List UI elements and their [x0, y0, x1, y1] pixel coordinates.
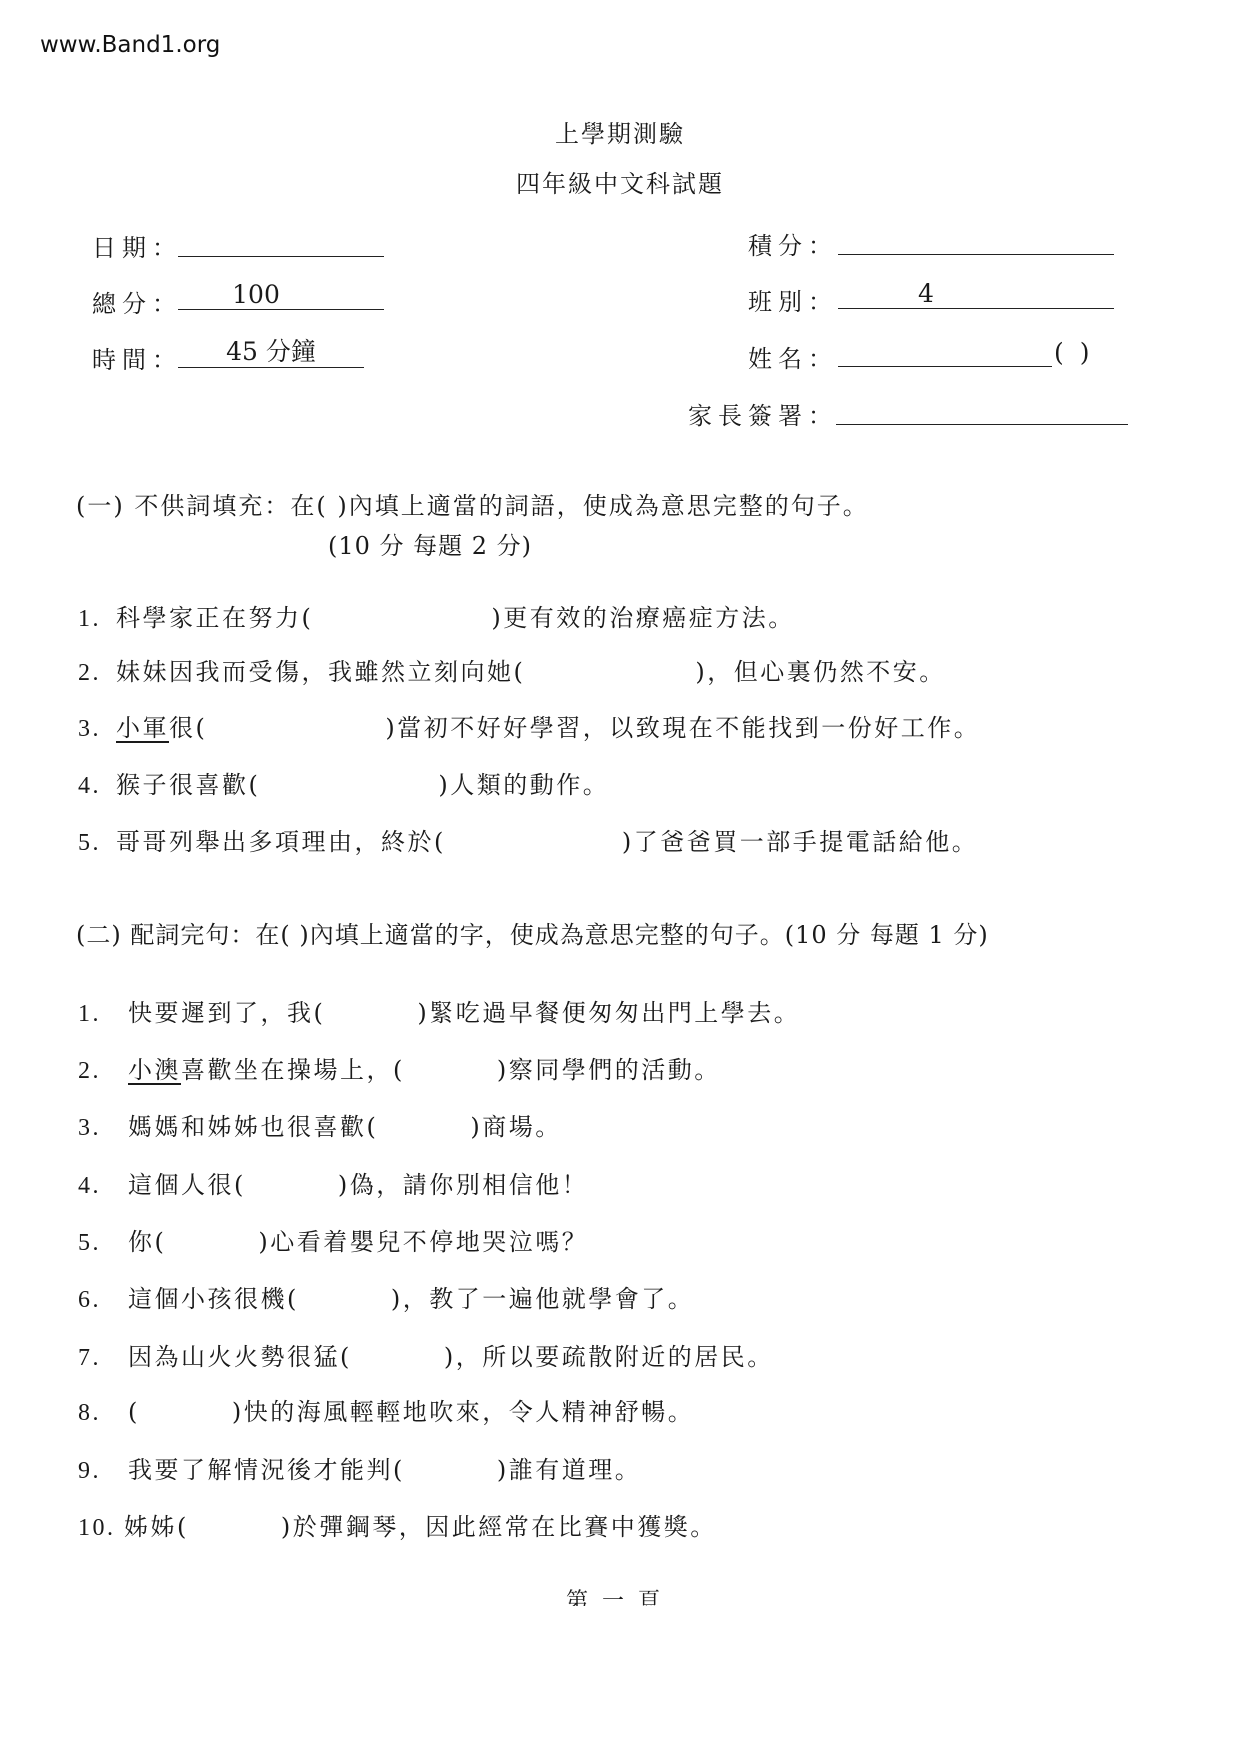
- site-watermark: www.Band1.org: [40, 32, 220, 58]
- item-number: 9.: [78, 1458, 128, 1485]
- item-number: 3.: [78, 716, 116, 743]
- exam-subtitle: 四年級中文科試題: [0, 164, 1240, 199]
- item-text-after: )偽，請你別相信他！: [338, 1171, 588, 1199]
- exam-title: 上學期測驗: [0, 114, 1240, 149]
- section2-item-9: 9.我要了解情況後才能判()誰有道理。: [78, 1450, 641, 1485]
- item-number: 7.: [78, 1345, 128, 1372]
- item-number: 6.: [78, 1287, 128, 1314]
- item-text-after: )更有效的治療癌症方法。: [491, 604, 794, 632]
- score-label: 積分：: [748, 226, 838, 261]
- section2-item-2: 2.小澳喜歡坐在操場上，()察同學們的活動。: [78, 1050, 721, 1085]
- item-text-after: )，所以要疏散附近的居民。: [444, 1343, 774, 1371]
- section2-item-10: 10.姊姊()於彈鋼琴，因此經常在比賽中獲獎。: [78, 1507, 717, 1542]
- item-text-after: )，教了一遍他就學會了。: [391, 1285, 694, 1313]
- section2-heading: (二) 配詞完句：在( )內填上適當的字，使成為意思完整的句子。(10 分 每題…: [76, 915, 989, 950]
- item-text-before: 妹妹因我而受傷，我雖然立刻向她(: [116, 658, 525, 686]
- class-field[interactable]: 4: [838, 279, 1114, 309]
- section1-heading: (一) 不供詞填充：在( )內填上適當的詞語，使成為意思完整的句子。: [76, 486, 869, 521]
- total-field[interactable]: 100: [178, 280, 384, 310]
- item-number: 4.: [78, 1173, 128, 1200]
- class-number-field[interactable]: ( ): [1054, 338, 1093, 367]
- time-label: 時間：: [92, 340, 182, 375]
- section1-marks: (10 分 每題 2 分): [328, 526, 532, 561]
- item-text-after: )當初不好好學習，以致現在不能找到一份好工作。: [385, 714, 980, 742]
- item-number: 2.: [78, 1058, 128, 1085]
- item-text-after: )快的海風輕輕地吹來，令人精神舒暢。: [232, 1398, 694, 1426]
- item-text-before: 科學家正在努力(: [116, 604, 313, 632]
- section2-item-1: 1.快要遲到了，我()緊吃過早餐便匆匆出門上學去。: [78, 993, 800, 1028]
- item-text-before: 喜歡坐在操場上，(: [181, 1056, 405, 1084]
- section2-item-8: 8.()快的海風輕輕地吹來，令人精神舒暢。: [78, 1392, 694, 1427]
- item-number: 3.: [78, 1115, 128, 1142]
- item-text-before: 因為山火火勢很猛(: [128, 1343, 352, 1371]
- section2-item-5: 5.你()心看着嬰兒不停地哭泣嗎？: [78, 1222, 588, 1257]
- page-number: 第一頁: [0, 1584, 1240, 1606]
- item-number: 4.: [78, 773, 116, 800]
- total-label: 總分：: [92, 284, 182, 319]
- section1-item-4: 4.猴子很喜歡()人類的動作。: [78, 765, 609, 800]
- item-text-before: 你(: [128, 1228, 166, 1256]
- item-text-before: 很(: [169, 714, 207, 742]
- item-text-after: )緊吃過早餐便匆匆出門上學去。: [417, 999, 800, 1027]
- section1-item-2: 2.妹妹因我而受傷，我雖然立刻向她()，但心裏仍然不安。: [78, 652, 946, 687]
- parent-signature-field[interactable]: [836, 394, 1128, 425]
- item-text-before: 媽媽和姊姊也很喜歡(: [128, 1113, 378, 1141]
- item-number: 1.: [78, 606, 116, 633]
- section2-item-3: 3.媽媽和姊姊也很喜歡()商場。: [78, 1107, 562, 1142]
- item-text-before: 猴子很喜歡(: [116, 771, 260, 799]
- item-text-before: 哥哥列舉出多項理由，終於(: [116, 828, 446, 856]
- item-text-before: 這個小孩很機(: [128, 1285, 299, 1313]
- item-text-after: )察同學們的活動。: [497, 1056, 721, 1084]
- item-text-before: 姊姊(: [124, 1513, 189, 1541]
- item-text-before: 我要了解情況後才能判(: [128, 1456, 405, 1484]
- section1-item-3: 3.小軍很()當初不好好學習，以致現在不能找到一份好工作。: [78, 708, 980, 743]
- item-text-after: )心看着嬰兒不停地哭泣嗎？: [258, 1228, 588, 1256]
- section2-item-7: 7.因為山火火勢很猛()，所以要疏散附近的居民。: [78, 1337, 774, 1372]
- item-text-after: )於彈鋼琴，因此經常在比賽中獲獎。: [281, 1513, 717, 1541]
- item-number: 2.: [78, 660, 116, 687]
- item-text-after: )，但心裏仍然不安。: [695, 658, 945, 686]
- item-number: 8.: [78, 1400, 128, 1427]
- name-label: 姓名：: [748, 339, 838, 374]
- date-label: 日期：: [92, 228, 182, 263]
- parent-signature-label: 家長簽署：: [688, 396, 838, 431]
- name-field[interactable]: [838, 336, 1052, 367]
- item-number: 5.: [78, 1230, 128, 1257]
- proper-noun-underlined: 小軍: [116, 714, 169, 742]
- item-text-after: )商場。: [470, 1113, 561, 1141]
- section2-item-6: 6.這個小孩很機()，教了一遍他就學會了。: [78, 1279, 694, 1314]
- time-field[interactable]: 45 分鐘: [178, 337, 364, 368]
- item-text-after: )誰有道理。: [497, 1456, 641, 1484]
- section1-item-5: 5.哥哥列舉出多項理由，終於()了爸爸買一部手提電話給他。: [78, 822, 978, 857]
- item-text-before: 這個人很(: [128, 1171, 246, 1199]
- proper-noun-underlined: 小澳: [128, 1056, 181, 1084]
- date-field[interactable]: [178, 226, 384, 257]
- item-number: 1.: [78, 1001, 128, 1028]
- item-text-after: )人類的動作。: [438, 771, 609, 799]
- section2-item-4: 4.這個人很()偽，請你別相信他！: [78, 1165, 588, 1200]
- item-text-before: 快要遲到了，我(: [128, 999, 325, 1027]
- item-text-before: (: [128, 1398, 140, 1426]
- section1-item-1: 1.科學家正在努力()更有效的治療癌症方法。: [78, 598, 795, 633]
- item-number: 10.: [78, 1515, 124, 1542]
- item-text-after: )了爸爸買一部手提電話給他。: [622, 828, 978, 856]
- item-number: 5.: [78, 830, 116, 857]
- score-field[interactable]: [838, 224, 1114, 255]
- class-label: 班別：: [748, 282, 838, 317]
